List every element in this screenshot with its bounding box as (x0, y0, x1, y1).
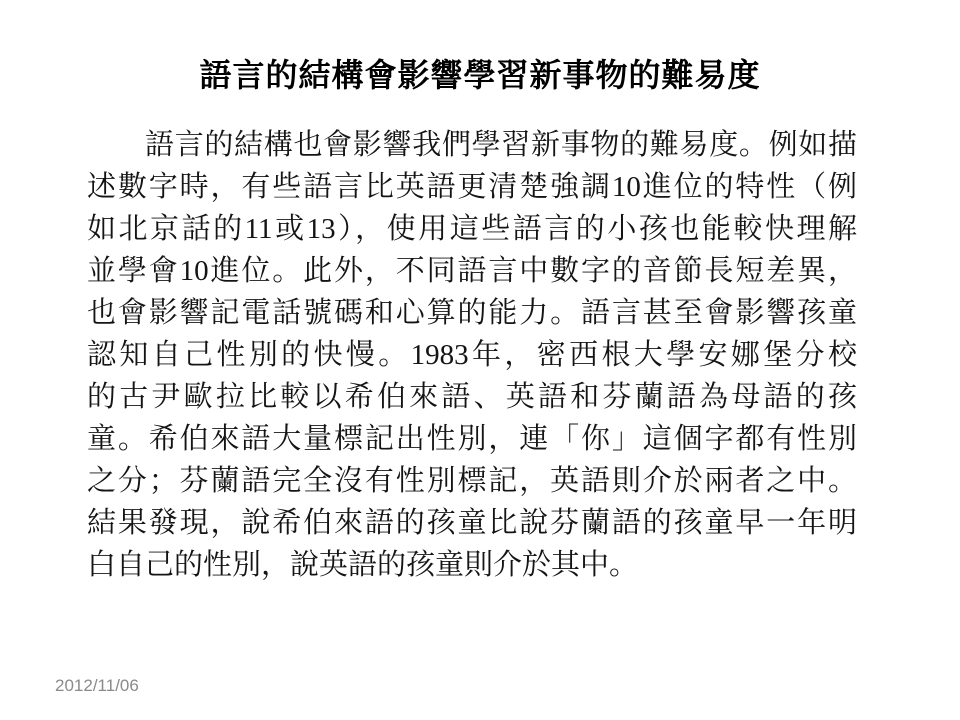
body-text-line: 語言的結構也會影響我們學習新事物的難易度。例如描 (87, 124, 857, 166)
body-text-line: 結果發現，說希伯來語的孩童比說芬蘭語的孩童早一年明 (87, 502, 857, 544)
body-text-line: 白自己的性別，說英語的孩童則介於其中。 (87, 544, 857, 586)
body-text-line: 如北京話的11或13），使用這些語言的小孩也能較快理解 (87, 208, 857, 250)
slide-body-paragraph: 語言的結構也會影響我們學習新事物的難易度。例如描述數字時，有些語言比英語更清楚強… (87, 124, 857, 586)
body-text-line: 之分；芬蘭語完全沒有性別標記，英語則介於兩者之中。 (87, 460, 857, 502)
slide-title: 語言的結構會影響學習新事物的難易度 (0, 50, 960, 96)
body-text-line: 認知自己性別的快慢。1983年，密西根大學安娜堡分校 (87, 334, 857, 376)
presentation-slide: 語言的結構會影響學習新事物的難易度 語言的結構也會影響我們學習新事物的難易度。例… (0, 0, 960, 720)
slide-date: 2012/11/06 (55, 676, 139, 696)
body-text-line: 述數字時，有些語言比英語更清楚強調10進位的特性（例 (87, 166, 857, 208)
body-text-line: 並學會10進位。此外，不同語言中數字的音節長短差異， (87, 250, 857, 292)
body-text-line: 童。希伯來語大量標記出性別，連「你」這個字都有性別 (87, 418, 857, 460)
body-text-line: 的古尹歐拉比較以希伯來語、英語和芬蘭語為母語的孩 (87, 376, 857, 418)
body-text-line: 也會影響記電話號碼和心算的能力。語言甚至會影響孩童 (87, 292, 857, 334)
